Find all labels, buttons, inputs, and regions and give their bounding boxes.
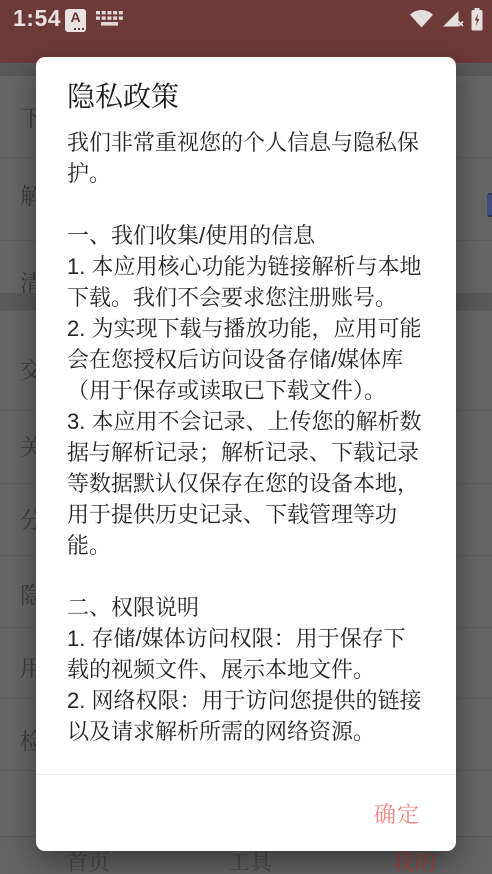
wifi-icon <box>409 8 434 29</box>
status-time: 1:54 <box>13 5 61 32</box>
dialog-message[interactable]: 我们非常重视您的个人信息与隐私保护。 一、我们收集/使用的信息 1. 本应用核心… <box>67 127 425 774</box>
dialog-actions: 确定 <box>36 775 456 851</box>
screen: 下 解 清 交 关 分 隐 用 检 首页 工具 我的 1:54 A <box>0 0 492 874</box>
dialog-title: 隐私政策 <box>67 79 425 115</box>
confirm-button[interactable]: 确定 <box>358 790 436 837</box>
privacy-policy-dialog: 隐私政策 我们非常重视您的个人信息与隐私保护。 一、我们收集/使用的信息 1. … <box>36 57 456 851</box>
partial-edge-icon <box>487 193 492 217</box>
input-method-icon: A <box>65 9 86 32</box>
battery-charging-icon <box>471 8 483 31</box>
status-bar: 1:54 A <box>0 0 492 63</box>
cellular-no-signal-icon <box>441 8 464 29</box>
keyboard-icon <box>96 11 123 33</box>
